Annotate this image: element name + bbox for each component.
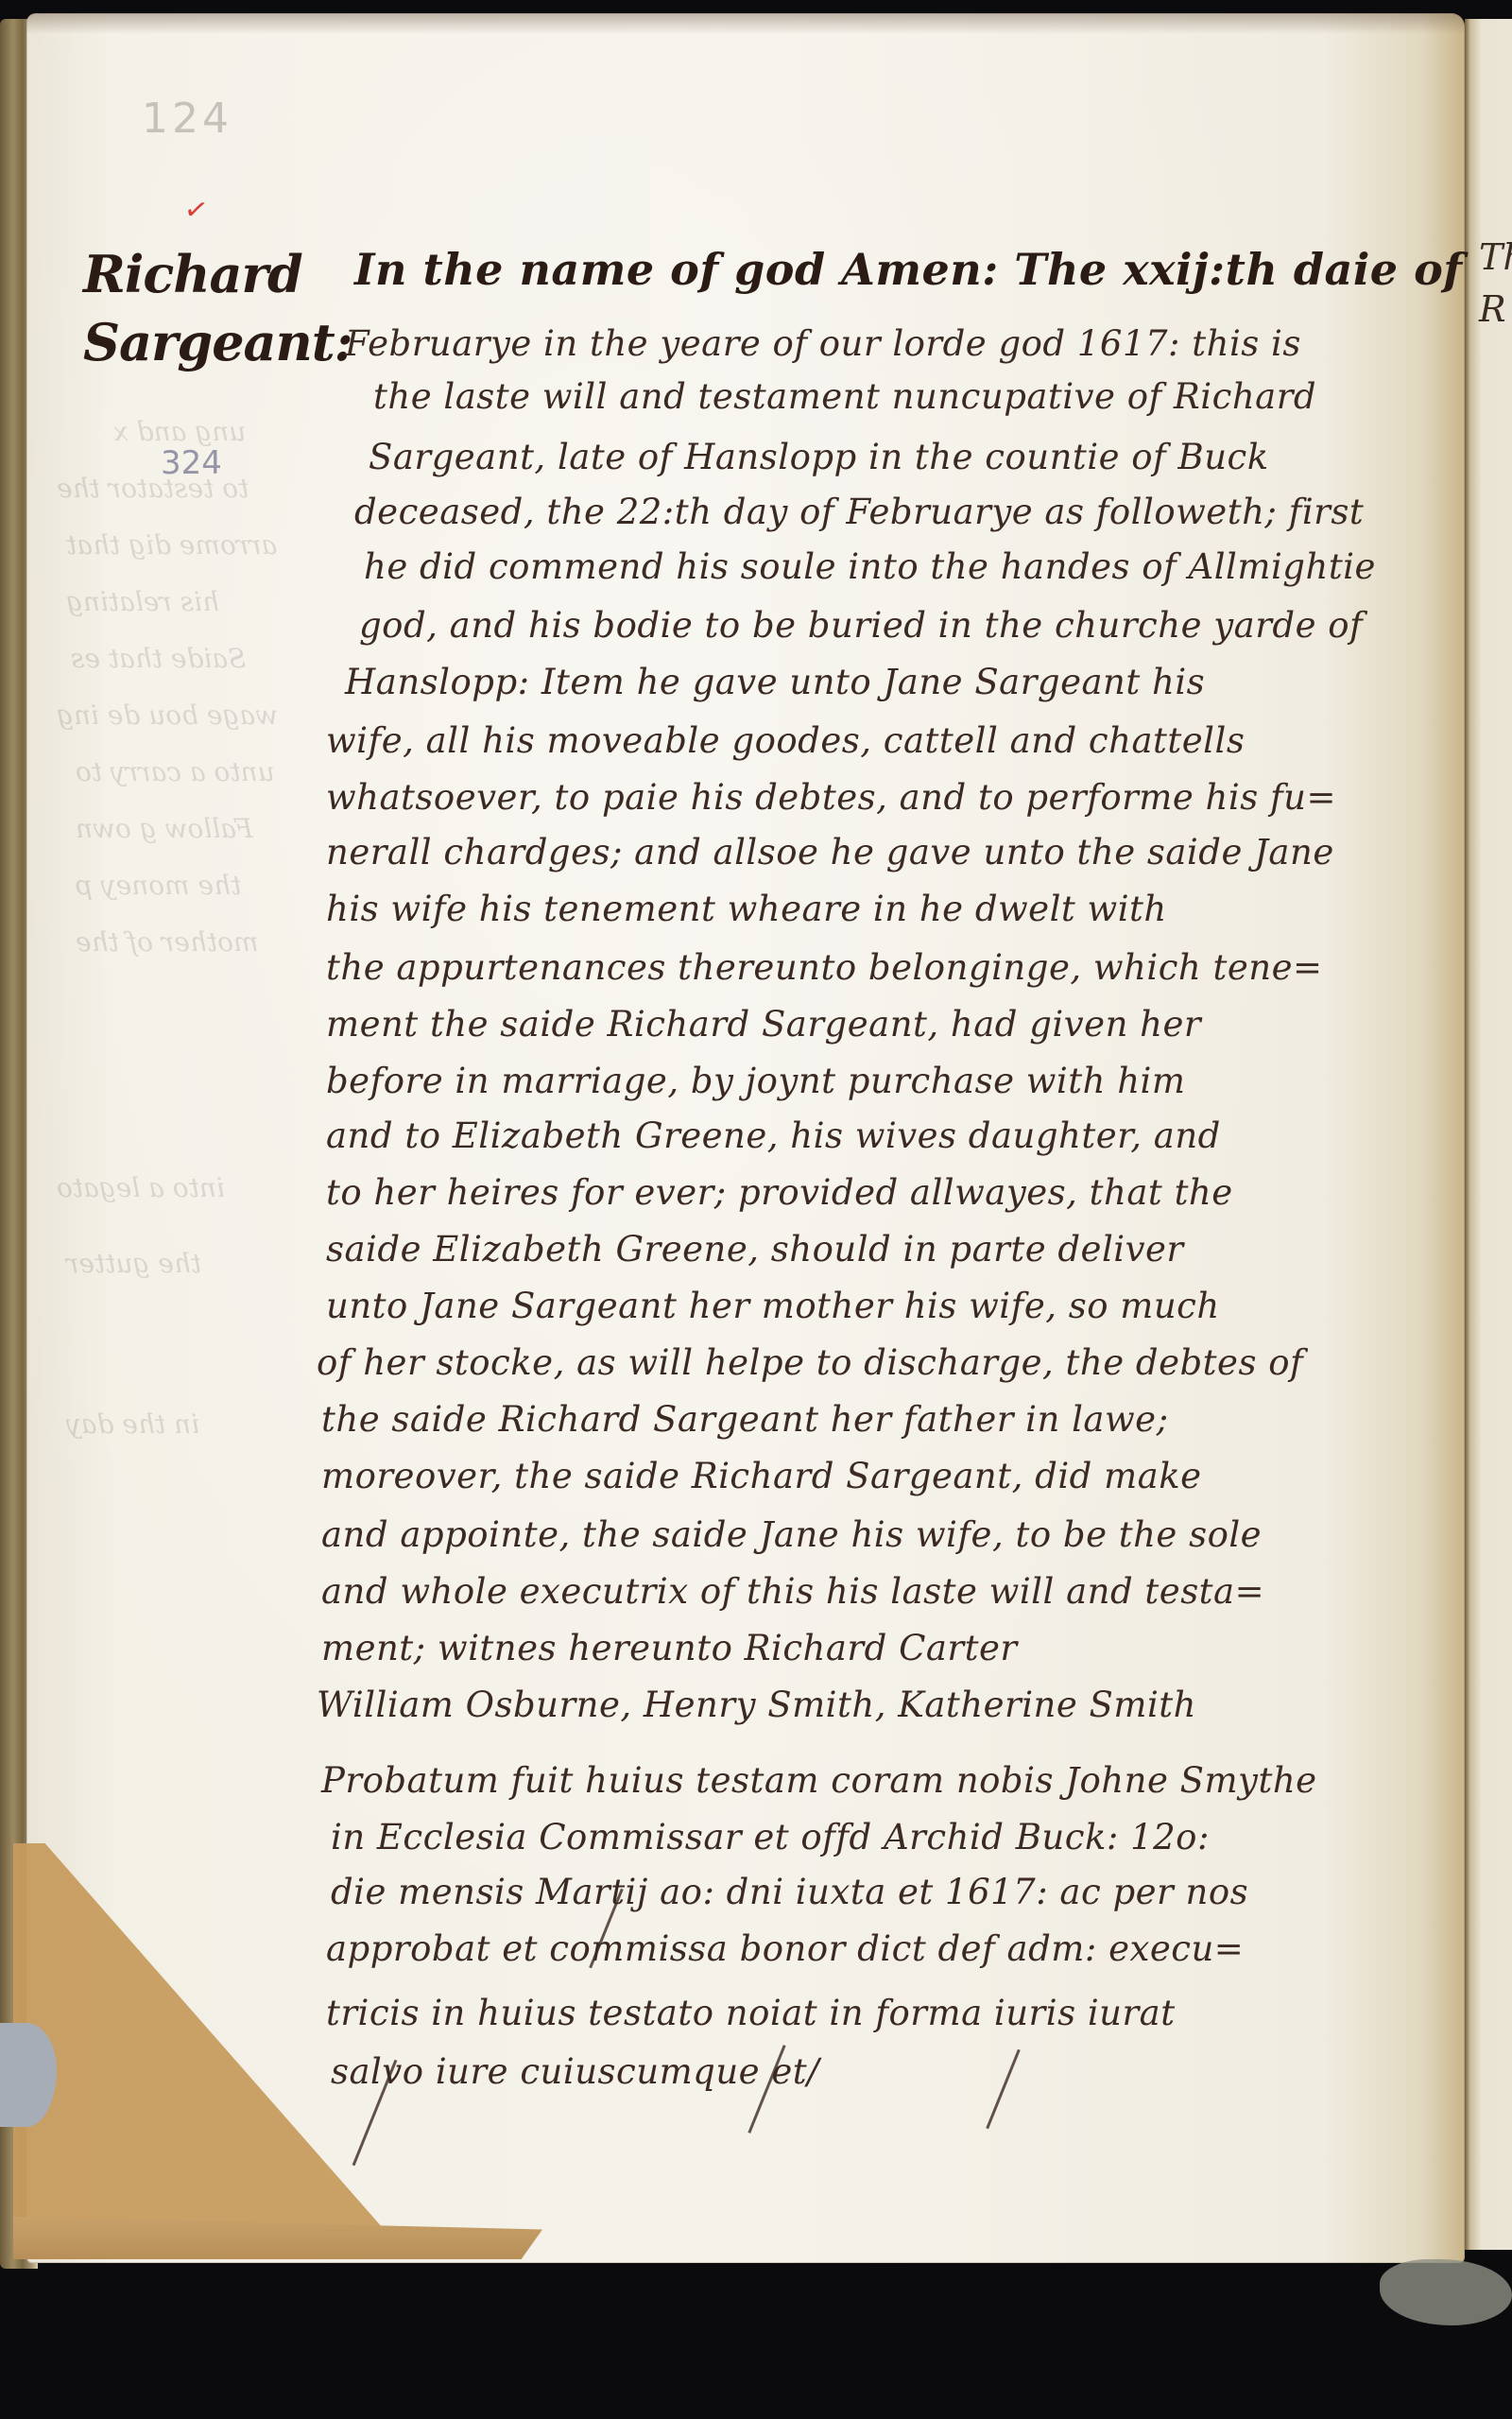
margin-heading-forename: Richard (83, 244, 302, 304)
bleed-through-text: mother of the (76, 926, 259, 958)
will-line-10: whatsoever, to paie his debtes, and to p… (326, 777, 1336, 818)
will-line-19: unto Jane Sargeant her mother his wife, … (326, 1286, 1220, 1326)
will-line-26: William Osburne, Henry Smith, Katherine … (317, 1685, 1196, 1725)
will-line-23: and appointe, the saide Jane his wife, t… (321, 1514, 1262, 1555)
will-line-21: the saide Richard Sargeant her father in… (321, 1399, 1169, 1440)
will-line-13: the appurtenances thereunto belonginge, … (326, 947, 1323, 988)
bleed-through-text: arrome dig that (66, 529, 277, 561)
margin-heading-surname: Sargeant: (83, 312, 352, 372)
will-line-5: deceased, the 22:th day of Februarye as … (354, 492, 1364, 532)
will-line-9: wife, all his moveable goodes, cattell a… (326, 720, 1245, 761)
probate-line-6: salvo iure cuiuscumque et/ (331, 2051, 819, 2092)
will-line-22: moreover, the saide Richard Sargeant, di… (321, 1456, 1202, 1496)
torn-page-corner (1380, 2259, 1512, 2325)
will-line-1: In the name of god Amen: The xxij:th dai… (354, 244, 1463, 295)
will-line-17: to her heires for ever; provided allwaye… (326, 1172, 1233, 1213)
probate-line-3: die mensis Martij ao: dni iuxta et 1617:… (331, 1872, 1248, 1912)
will-line-7: god, and his bodie to be buried in the c… (359, 605, 1363, 646)
will-line-24: and whole executrix of this his laste wi… (321, 1571, 1264, 1612)
will-line-20: of her stocke, as will helpe to discharg… (317, 1342, 1303, 1383)
will-line-16: and to Elizabeth Greene, his wives daugh… (326, 1115, 1221, 1156)
will-line-6: he did commend his soule into the handes… (364, 546, 1376, 587)
probate-line-5: tricis in huius testato noiat in forma i… (326, 1993, 1176, 2033)
bleed-through-text: into a legato (57, 1172, 225, 1203)
will-line-14: ment the saide Richard Sargeant, had giv… (326, 1004, 1201, 1045)
next-page-edge (1465, 19, 1512, 2250)
will-line-25: ment; witnes hereunto Richard Carter (321, 1628, 1018, 1668)
probate-line-2: in Ecclesia Commissar et offd Archid Buc… (331, 1817, 1210, 1857)
bleed-through-text: Saide that es (71, 643, 246, 674)
bleed-through-text: his relating (66, 586, 219, 617)
will-line-8: Hanslopp: Item he gave unto Jane Sargean… (345, 662, 1205, 702)
will-line-15: before in marriage, by joynt purchase wi… (326, 1061, 1185, 1101)
will-line-3: the laste will and testament nuncupative… (373, 376, 1316, 417)
bleed-through-text: Fallow g own (76, 813, 253, 844)
will-line-4: Sargeant, late of Hanslopp in the counti… (369, 437, 1269, 477)
probate-line-1: Probatum fuit huius testam coram nobis J… (321, 1760, 1317, 1801)
next-page-fragment: Th (1479, 236, 1512, 278)
next-page-fragment: R (1479, 288, 1506, 330)
bleed-through-text: in the day (66, 1408, 199, 1440)
will-line-11: nerall chardges; and allsoe he gave unto… (326, 832, 1334, 873)
bleed-through-text: unto a carry to (76, 756, 275, 787)
will-line-12: his wife his tenement wheare in he dwelt… (326, 889, 1167, 929)
probate-line-4: approbat et commissa bonor dict def adm:… (326, 1928, 1244, 1969)
margin-reference-number: 324 (161, 444, 222, 482)
folio-number-pencil: 124 (142, 95, 232, 143)
will-line-18: saide Elizabeth Greene, should in parte … (326, 1229, 1184, 1270)
photo-stage: Th R ung and x to testator the arrome di… (0, 0, 1512, 2419)
bleed-through-text: wage bou de ing (57, 700, 278, 731)
bleed-through-text: ung and x (113, 416, 246, 447)
bleed-through-text: the gutter (66, 1248, 201, 1279)
will-line-2: Februarye in the yeare of our lorde god … (345, 323, 1301, 364)
bleed-through-text: the money p (76, 870, 241, 901)
